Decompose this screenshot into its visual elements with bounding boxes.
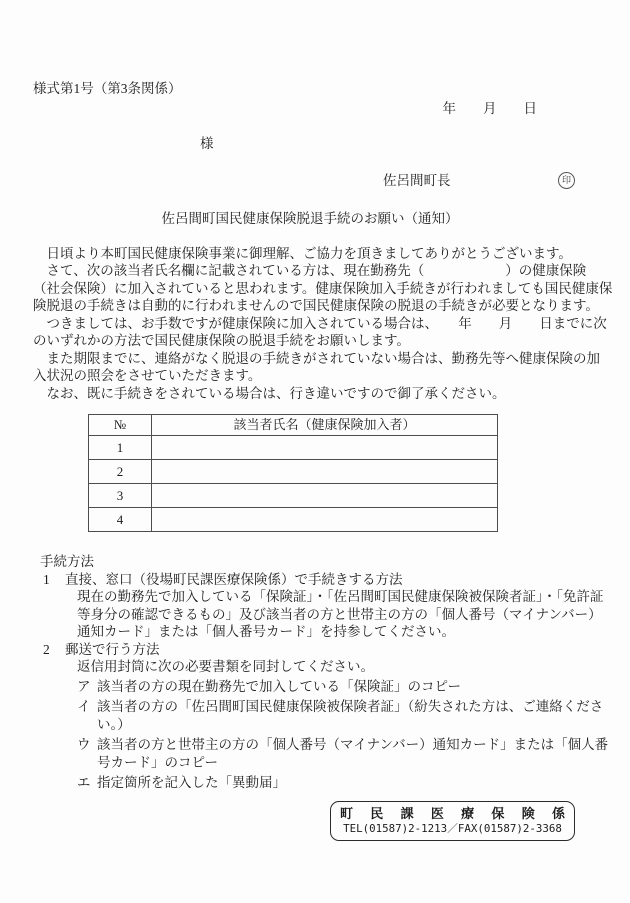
item-body: 返信用封筒に次の必要書類を同封してください。 — [77, 658, 613, 676]
list-item-label: ア — [77, 678, 97, 696]
seal-icon: 印 — [558, 172, 575, 189]
item-body: 現在の勤務先で加入している「保険証」・「佐呂間町国民健康保険被保険者証」・「免許… — [77, 588, 613, 641]
contact-box: 町民課医療保険係 TEL(01587)2-1213／FAX(01587)2-33… — [330, 801, 575, 841]
sender-title: 佐呂間町長 — [383, 172, 451, 190]
contact-tel-fax: TEL(01587)2-1213／FAX(01587)2-3368 — [340, 822, 565, 836]
table-header-row: № 該当者氏名（健康保険加入者） — [89, 415, 498, 436]
name-cell — [152, 436, 498, 460]
procedure-item-window: 1 直接、窓口（役場町民課医療保険係）で手続きする方法 現在の勤務先で加入してい… — [43, 571, 613, 641]
item-title: 郵送で行う方法 — [65, 641, 613, 659]
row-number: 2 — [89, 460, 152, 484]
paragraph-greeting: 日頃より本町国民健康保険事業に御理解、ご協力を頂きましてありがとうございます。 — [33, 245, 613, 263]
procedure-item-mail: 2 郵送で行う方法 返信用封筒に次の必要書類を同封してください。 — [43, 641, 613, 676]
paragraph-apology: なお、既に手続きをされている場合は、行き違いですので御了承ください。 — [33, 385, 613, 403]
table-row: 1 — [89, 436, 498, 460]
list-item-label: イ — [77, 698, 97, 734]
list-item-text: 該当者の方の「佐呂間町国民健康保険被保険者証」（紛失された方は、ご連絡ください。… — [97, 698, 613, 734]
applicable-persons-table: № 該当者氏名（健康保険加入者） 1 2 3 4 — [88, 414, 498, 532]
document-page: 様式第1号（第3条関係） 年 月 日 様 佐呂間町長 印 佐呂間町国民健康保険脱… — [0, 0, 630, 903]
column-header-no: № — [89, 415, 152, 436]
list-item-text: 該当者の方と世帯主の方の「個人番号（マイナンバー）通知カード」または「個人番号カ… — [97, 736, 613, 772]
contact-department: 町民課医療保険係 — [340, 805, 565, 822]
name-cell — [152, 460, 498, 484]
addressee-suffix: 様 — [200, 136, 214, 151]
procedure-heading: 手続方法 — [40, 553, 613, 571]
list-item: ウ 該当者の方と世帯主の方の「個人番号（マイナンバー）通知カード」または「個人番… — [77, 736, 613, 772]
seal-text: 印 — [562, 176, 571, 185]
list-item-label: ウ — [77, 736, 97, 772]
item-title: 直接、窓口（役場町民課医療保険係）で手続きする方法 — [65, 571, 613, 589]
addressee-line: 様 — [200, 135, 613, 153]
table-row: 4 — [89, 508, 498, 532]
name-cell — [152, 508, 498, 532]
sender-row: 佐呂間町長 印 — [383, 172, 575, 190]
item-number: 1 — [43, 571, 65, 641]
list-item: イ 該当者の方の「佐呂間町国民健康保険被保険者証」（紛失された方は、ご連絡くださ… — [77, 698, 613, 734]
date-line: 年 月 日 — [33, 100, 613, 118]
row-number: 3 — [89, 484, 152, 508]
row-number: 1 — [89, 436, 152, 460]
table-row: 2 — [89, 460, 498, 484]
body-text: 日頃より本町国民健康保険事業に御理解、ご協力を頂きましてありがとうございます。 … — [33, 245, 613, 403]
row-number: 4 — [89, 508, 152, 532]
list-item-text: 指定箇所を記入した「異動届」 — [97, 774, 613, 792]
document-title: 佐呂間町国民健康保険脱退手続のお願い（通知） — [33, 210, 587, 228]
column-header-name: 該当者氏名（健康保険加入者） — [152, 415, 498, 436]
paragraph-inquiry: また期限までに、連絡がなく脱退の手続きがされていない場合は、勤務先等へ健康保険の… — [33, 350, 613, 385]
list-item-label: エ — [77, 774, 97, 792]
table-row: 3 — [89, 484, 498, 508]
paragraph-notice: さて、次の該当者氏名欄に記載されている方は、現在勤務先（ ）の健康保険（社会保険… — [33, 262, 613, 315]
list-item: ア 該当者の方の現在勤務先で加入している「保険証」のコピー — [77, 678, 613, 696]
list-item: エ 指定箇所を記入した「異動届」 — [77, 774, 613, 792]
list-item-text: 該当者の方の現在勤務先で加入している「保険証」のコピー — [97, 678, 613, 696]
form-number: 様式第1号（第3条関係） — [33, 80, 613, 98]
item-number: 2 — [43, 641, 65, 676]
paragraph-deadline: つきましては、お手数ですが健康保険に加入されている場合は、 年 月 日までに次の… — [33, 315, 613, 350]
mail-documents-list: ア 該当者の方の現在勤務先で加入している「保険証」のコピー イ 該当者の方の「佐… — [33, 678, 613, 792]
name-cell — [152, 484, 498, 508]
